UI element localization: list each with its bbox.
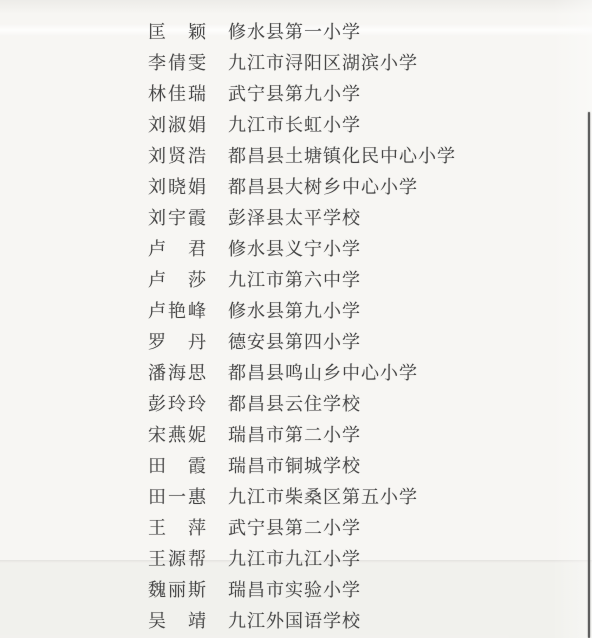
person-name: 林佳瑞 (148, 80, 206, 106)
person-name: 刘晓娟 (148, 173, 206, 199)
school-name: 都昌县大树乡中心小学 (228, 173, 418, 199)
roster-row: 卢 君 修水县义宁小学 (148, 232, 592, 263)
person-name: 卢 莎 (148, 266, 206, 292)
school-name: 九江市第六中学 (228, 266, 361, 292)
person-name: 卢艳峰 (148, 297, 206, 323)
person-name: 匡 颖 (148, 18, 206, 44)
school-name: 都昌县土塘镇化民中心小学 (228, 142, 456, 168)
school-name: 彭泽县太平学校 (228, 204, 361, 230)
roster-row: 吴 靖 九江外国语学校 (148, 605, 592, 636)
person-name: 宋燕妮 (148, 421, 206, 447)
roster-row: 田 霞 瑞昌市铜城学校 (148, 450, 592, 481)
person-name: 罗 丹 (148, 328, 206, 354)
roster-row: 刘晓娟 都昌县大树乡中心小学 (148, 170, 592, 201)
person-name: 王 萍 (148, 514, 206, 540)
person-name: 魏丽斯 (148, 576, 206, 602)
roster-row: 彭玲玲 都昌县云住学校 (148, 388, 592, 419)
school-name: 都昌县云住学校 (228, 390, 361, 416)
scanned-roster-page: 匡 颖 修水县第一小学 李倩雯 九江市浔阳区湖滨小学 林佳瑞 武宁县第九小学 刘… (0, 0, 592, 638)
roster-list: 匡 颖 修水县第一小学 李倩雯 九江市浔阳区湖滨小学 林佳瑞 武宁县第九小学 刘… (148, 15, 592, 636)
roster-row: 刘淑娟 九江市长虹小学 (148, 108, 592, 139)
person-name: 李倩雯 (148, 49, 206, 75)
roster-row: 匡 颖 修水县第一小学 (148, 15, 592, 46)
person-name: 刘宇霞 (148, 204, 206, 230)
person-name: 刘贤浩 (148, 142, 206, 168)
roster-row: 刘宇霞 彭泽县太平学校 (148, 201, 592, 232)
person-name: 田 霞 (148, 452, 206, 478)
roster-row: 李倩雯 九江市浔阳区湖滨小学 (148, 46, 592, 77)
school-name: 九江市九江小学 (228, 545, 361, 571)
person-name: 彭玲玲 (148, 390, 206, 416)
school-name: 修水县义宁小学 (228, 235, 361, 261)
school-name: 德安县第四小学 (228, 328, 361, 354)
school-name: 九江市浔阳区湖滨小学 (228, 49, 418, 75)
roster-row: 林佳瑞 武宁县第九小学 (148, 77, 592, 108)
roster-row: 王 萍 武宁县第二小学 (148, 512, 592, 543)
roster-row: 田一惠 九江市柴桑区第五小学 (148, 481, 592, 512)
roster-row: 王源帮 九江市九江小学 (148, 543, 592, 574)
scan-artifact-top-band (0, 0, 592, 14)
school-name: 九江外国语学校 (228, 607, 361, 633)
person-name: 王源帮 (148, 545, 206, 571)
person-name: 卢 君 (148, 235, 206, 261)
school-name: 修水县第九小学 (228, 297, 361, 323)
roster-row: 罗 丹 德安县第四小学 (148, 325, 592, 356)
school-name: 都昌县鸣山乡中心小学 (228, 359, 418, 385)
roster-row: 宋燕妮 瑞昌市第二小学 (148, 419, 592, 450)
school-name: 瑞昌市铜城学校 (228, 452, 361, 478)
roster-row: 卢艳峰 修水县第九小学 (148, 294, 592, 325)
school-name: 武宁县第九小学 (228, 80, 361, 106)
roster-row: 潘海思 都昌县鸣山乡中心小学 (148, 357, 592, 388)
school-name: 九江市柴桑区第五小学 (228, 483, 418, 509)
roster-row: 卢 莎 九江市第六中学 (148, 263, 592, 294)
person-name: 潘海思 (148, 359, 206, 385)
school-name: 瑞昌市第二小学 (228, 421, 361, 447)
school-name: 瑞昌市实验小学 (228, 576, 361, 602)
school-name: 九江市长虹小学 (228, 111, 361, 137)
school-name: 武宁县第二小学 (228, 514, 361, 540)
roster-row: 魏丽斯 瑞昌市实验小学 (148, 574, 592, 605)
person-name: 刘淑娟 (148, 111, 206, 137)
person-name: 田一惠 (148, 483, 206, 509)
school-name: 修水县第一小学 (228, 18, 361, 44)
person-name: 吴 靖 (148, 607, 206, 633)
roster-row: 刘贤浩 都昌县土塘镇化民中心小学 (148, 139, 592, 170)
